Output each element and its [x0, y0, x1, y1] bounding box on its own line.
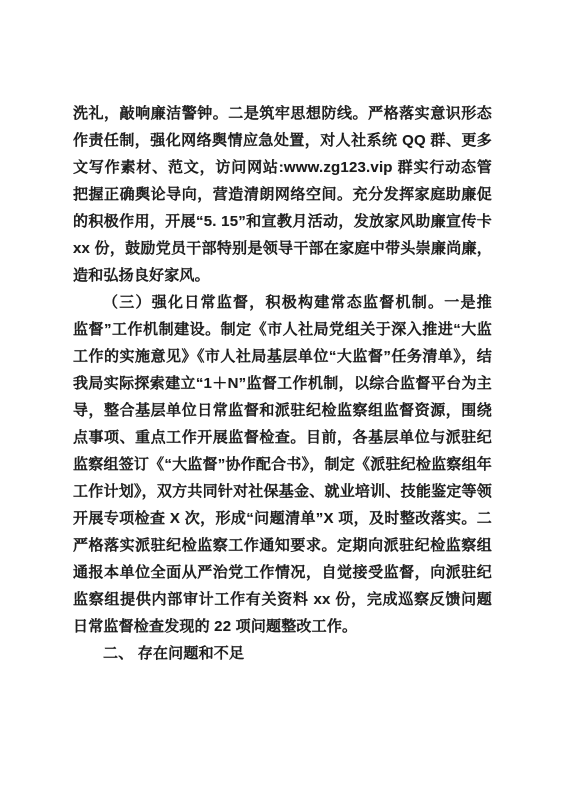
text-line: 文写作素材、范文，访问网站:www.zg123.vip 群实行动态管理，: [73, 154, 492, 181]
text-line: 日常监督检查发现的 22 项问题整改工作。: [73, 613, 492, 640]
document-page: 洗礼，敲响廉洁警钟。二是筑牢思想防线。严格落实意识形态工 作责任制，强化网络舆情…: [0, 0, 570, 807]
text-line: 的积极作用，开展“5. 15”和宣教月活动，发放家风助廉宣传卡片: [73, 208, 492, 235]
text-line: 监督”工作机制建设。制定《市人社局党组关于深入推进“大监督”: [73, 316, 492, 343]
text-line: 监察组签订《“大监督”协作配合书》，制定《派驻纪检监察组年度: [73, 451, 492, 478]
text-line: 工作的实施意见》《市人社局基层单位“大监督”任务清单》，结合: [73, 343, 492, 370]
text-line: 造和弘扬良好家风。: [73, 262, 492, 289]
text-line: 把握正确舆论导向，营造清朗网络空间。充分发挥家庭助廉促廉: [73, 181, 492, 208]
text-line: xx 份，鼓励党员干部特别是领导干部在家庭中带头崇廉尚廉，营: [73, 235, 492, 262]
text-line: 通报本单位全面从严治党工作情况，自觉接受监督，向派驻纪检: [73, 559, 492, 586]
text-line: 导，整合基层单位日常监督和派驻纪检监察组监督资源，围绕重: [73, 397, 492, 424]
text-line: 洗礼，敲响廉洁警钟。二是筑牢思想防线。严格落实意识形态工: [73, 100, 492, 127]
text-line: 开展专项检查 X 次，形成“问题清单”X 项，及时整改落实。二是: [73, 505, 492, 532]
text-line: 监察组提供内部审计工作有关资料 xx 份，完成巡察反馈问题和: [73, 586, 492, 613]
section-heading: 二、 存在问题和不足: [73, 640, 492, 667]
text-line: 我局实际探索建立“1＋N”监督工作机制，以综合监督平台为主: [73, 370, 492, 397]
text-line: 作责任制，强化网络舆情应急处置，对人社系统 QQ 群、更多公: [73, 127, 492, 154]
text-line: （三）强化日常监督，积极构建常态监督机制。一是推进“大: [73, 289, 492, 316]
text-line: 工作计划》，双方共同针对社保基金、就业培训、技能鉴定等领域: [73, 478, 492, 505]
text-line: 严格落实派驻纪检监察工作通知要求。定期向派驻纪检监察组: [73, 532, 492, 559]
document-text-block: 洗礼，敲响廉洁警钟。二是筑牢思想防线。严格落实意识形态工 作责任制，强化网络舆情…: [73, 100, 492, 667]
text-line: 点事项、重点工作开展监督检查。目前，各基层单位与派驻纪检: [73, 424, 492, 451]
